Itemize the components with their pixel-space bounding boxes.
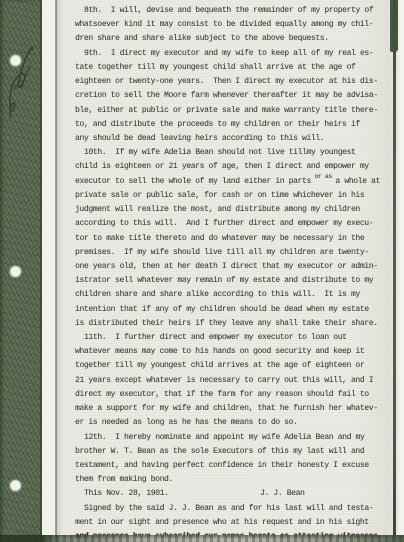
text-line: 9th. I direct my executor and my wife to…	[75, 47, 393, 61]
text-line: according to this will. And I further di…	[75, 217, 393, 231]
text-line: to, and distribute the proceeds to my ch…	[75, 118, 393, 132]
scan-bottom-edge	[0, 535, 404, 542]
text-line: This Nov. 28, 1901.J. J. Bean	[75, 487, 393, 501]
text-line: 10th. If my wife Adelia Bean should not …	[75, 146, 393, 160]
document-text: 8th. I will, devise and bequeath the rem…	[75, 4, 393, 542]
text-line: testament, and having perfect confidence…	[75, 459, 393, 473]
text-line: 12th. I hereby nominate and appoint my w…	[75, 431, 393, 445]
text-line: istrator sell whatever may remain of my …	[75, 274, 393, 288]
text-line: executor to sell the whole of my land ei…	[75, 175, 393, 189]
text-line: direct my executor, that if the farm for…	[75, 388, 393, 402]
text-line: any should be dead leaving heirs accordi…	[75, 132, 393, 146]
page-left-edge	[55, 0, 57, 542]
text-line: dren share and share alike subject to th…	[75, 32, 393, 46]
scan-right-margin	[399, 0, 404, 542]
text-line: er is needed as long as he has the means…	[75, 416, 393, 430]
text-line: children share and share alike according…	[75, 288, 393, 302]
text-line: one years old, then at her death I direc…	[75, 260, 393, 274]
hole-punch	[10, 480, 21, 491]
text-line: make a support for my wife and children,…	[75, 402, 393, 416]
scanned-page: 8th. I will, devise and bequeath the rem…	[0, 0, 404, 542]
text-line: them from making bond.	[75, 473, 393, 487]
text-line: premises. If my wife should live till al…	[75, 246, 393, 260]
text-line: judgment will realize the most, and dist…	[75, 203, 393, 217]
text-line: private sale or public sale, for cash or…	[75, 189, 393, 203]
hole-punch	[10, 55, 21, 66]
text-line: intention that if any of my children sho…	[75, 303, 393, 317]
text-line: ble, either at public or private sale an…	[75, 104, 393, 118]
text-line: 21 years except whatever is necessary to…	[75, 374, 393, 388]
text-line: tate together till my youngest child sha…	[75, 61, 393, 75]
text-line: is distributed their heirs if they leave…	[75, 317, 393, 331]
text-line: 8th. I will, devise and bequeath the rem…	[75, 4, 393, 18]
margin-handwriting	[2, 20, 38, 128]
text-line: brother W. T. Bean as the sole Executors…	[75, 445, 393, 459]
text-line: Signed by the said J. J. Bean as and for…	[75, 502, 393, 516]
text-line: 11th. I further direct and empower my ex…	[75, 331, 393, 345]
text-line: child is eighteen or 21 years of age, th…	[75, 160, 393, 174]
text-line: ment in our sight and presence who at hi…	[75, 516, 393, 530]
signature-name: J. J. Bean	[260, 487, 305, 501]
hole-punch	[10, 266, 21, 277]
inserted-superscript-text: or as	[311, 173, 336, 180]
text-line: whatever means may come to his hands on …	[75, 345, 393, 359]
date-text: This Nov. 28, 1901.	[84, 489, 169, 498]
document-lines: 8th. I will, devise and bequeath the rem…	[75, 4, 393, 542]
page-right-edge	[393, 0, 396, 542]
text-line: eighteen or twenty-one years. Then I dir…	[75, 75, 393, 89]
text-line: cretion to sell the Moore farm whenever …	[75, 89, 393, 103]
binding-strip	[0, 0, 42, 542]
text-line: together till my youngest child arrives …	[75, 359, 393, 373]
text-line: whatsoever kind it may consist to be div…	[75, 18, 393, 32]
text-line: tor to make title thereto and do whateve…	[75, 232, 393, 246]
